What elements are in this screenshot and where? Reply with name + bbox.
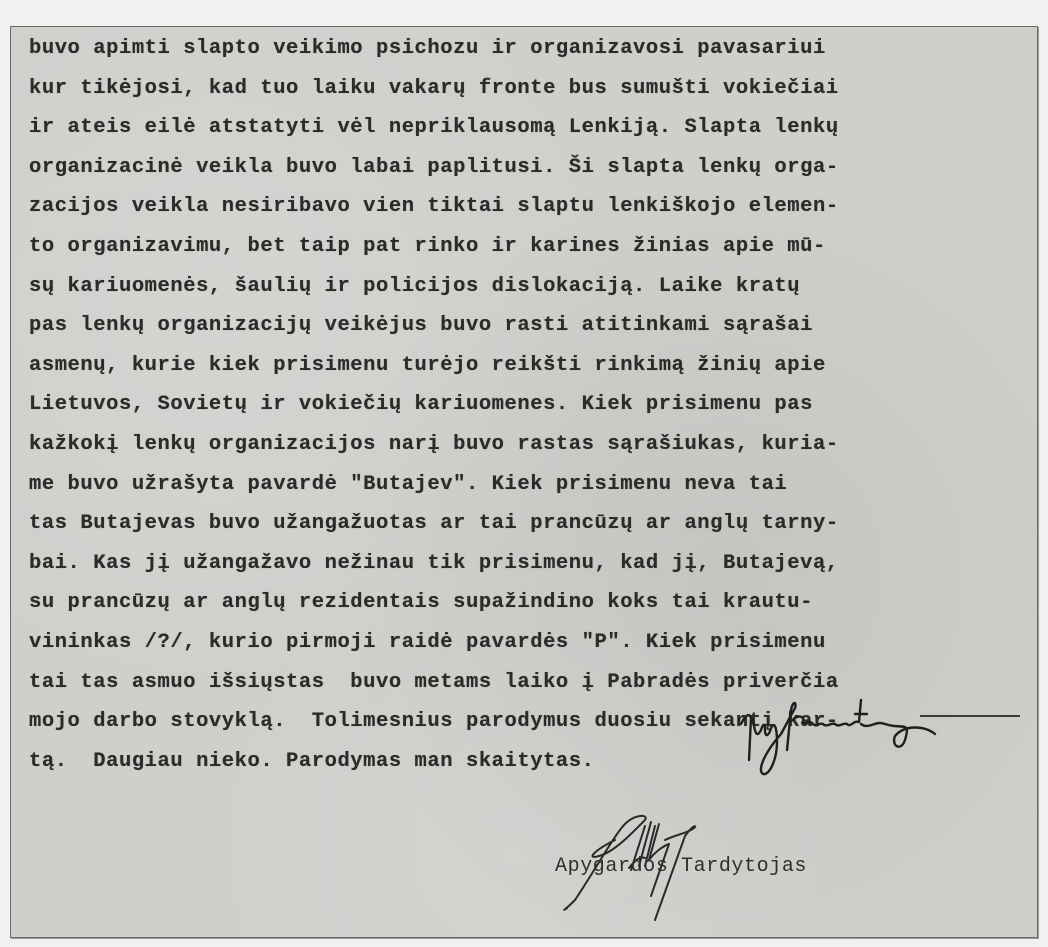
- document-page: buvo apimti slapto veikimo psichozu ir o…: [10, 26, 1038, 938]
- text-line: bai. Kas jį užangažavo nežinau tik prisi…: [29, 544, 839, 584]
- text-line: pas lenkų organizacijų veikėjus buvo ras…: [29, 306, 839, 346]
- text-line: tas Butajevas buvo užangažuotas ar tai p…: [29, 504, 839, 544]
- text-line: tą. Daugiau nieko. Parodymas man skaityt…: [29, 742, 839, 782]
- witness-signature-icon: [735, 690, 995, 780]
- text-line: kur tikėjosi, kad tuo laiku vakarų front…: [29, 69, 839, 109]
- text-line: tai tas asmuo išsiųstas buvo metams laik…: [29, 663, 839, 703]
- text-line: asmenų, kurie kiek prisimenu turėjo reik…: [29, 346, 839, 386]
- investigator-title: Apygardos Tardytojas: [555, 855, 807, 878]
- text-line: kažkokį lenkų organizacijos narį buvo ra…: [29, 425, 839, 465]
- text-line: organizacinė veikla buvo labai paplitusi…: [29, 148, 839, 188]
- text-line: sų kariuomenės, šaulių ir policijos disl…: [29, 267, 839, 307]
- text-line: zacijos veikla nesiribavo vien tiktai sl…: [29, 187, 839, 227]
- text-line: vininkas /?/, kurio pirmoji raidė pavard…: [29, 623, 839, 663]
- text-line: ir ateis eilė atstatyti vėl nepriklausom…: [29, 108, 839, 148]
- text-line: me buvo užrašyta pavardė "Butajev". Kiek…: [29, 465, 839, 505]
- text-line: buvo apimti slapto veikimo psichozu ir o…: [29, 29, 839, 69]
- text-line: Lietuvos, Sovietų ir vokiečių kariuomene…: [29, 385, 839, 425]
- typewritten-text: buvo apimti slapto veikimo psichozu ir o…: [29, 29, 839, 781]
- text-line: to organizavimu, bet taip pat rinko ir k…: [29, 227, 839, 267]
- text-line: su prancūzų ar anglų rezidentais supažin…: [29, 583, 839, 623]
- text-line: mojo darbo stovyklą. Tolimesnius parodym…: [29, 702, 839, 742]
